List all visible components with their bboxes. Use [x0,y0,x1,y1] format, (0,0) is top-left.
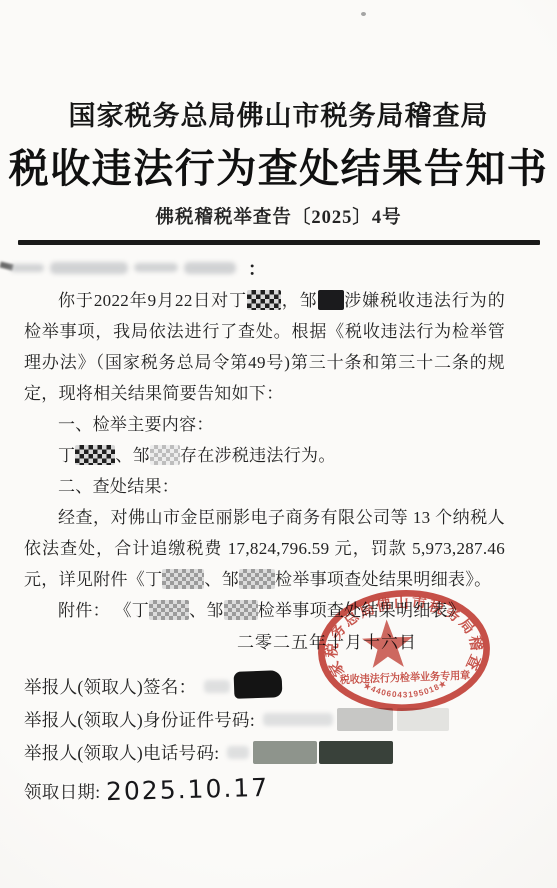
section1-content: 丁、邹存在涉税违法行为。 [24,440,505,471]
redaction-block [149,600,189,620]
redaction-block [247,290,281,310]
redacted-addressee-blur [50,262,128,274]
paragraph-intro: 你于2022年9月22日对丁，邹涉嫌税收违法行为的检举事项，我局依法进行了查处。… [24,285,505,409]
seal-purpose-text: 税收违法行为检举业务专用章 [339,669,471,687]
redaction-ghost [227,746,249,759]
signer-id-label: 举报人(领取人)身份证件号码: [24,710,255,730]
receive-date-row: 领取日期: 2025.10.17 [0,775,557,804]
redacted-addressee-blur [184,262,236,274]
header-divider [18,240,540,245]
section2-heading: 二、查处结果： [24,471,505,502]
seal-star-icon [361,619,413,669]
document-header: 国家税务总局佛山市税务局稽查局 税收违法行为查处结果告知书 佛税稽税举查告〔20… [0,0,557,245]
redacted-phone-number [319,741,393,764]
redaction-block [162,569,204,589]
issuing-authority: 国家税务总局佛山市税务局稽查局 [0,100,557,132]
redaction-block [224,600,258,620]
official-seal-stamp: 国家税务总局佛山市税务局稽查局 税收违法行为检举业务专用章 ★440604319… [300,575,509,725]
redacted-signature [234,670,283,699]
redacted-phone-number [253,741,317,764]
redaction-block [75,445,115,465]
document-photo: 国家税务总局佛山市税务局稽查局 税收违法行为查处结果告知书 佛税稽税举查告〔20… [0,0,557,888]
receive-date-label: 领取日期: [24,779,100,804]
redacted-addressee-blur [10,264,44,272]
redacted-addressee-blur [134,263,178,272]
paper-speck [361,12,366,16]
signer-phone-row: 举报人(领取人)电话号码: [24,737,557,770]
handwritten-receive-date: 2025.10.17 [106,772,270,805]
redaction-block [318,290,344,310]
redaction-block [150,445,180,465]
addressee-colon: ： [248,255,266,281]
signer-name-label: 举报人(领取人)签名： [24,677,196,697]
section1-heading: 一、检举主要内容： [24,409,505,440]
redaction-ghost [204,680,230,693]
redaction-block [239,569,275,589]
signer-phone-label: 举报人(领取人)电话号码: [24,743,219,763]
addressee-line: ： [0,253,557,283]
document-title: 税收违法行为查处结果告知书 [0,145,557,192]
document-number: 佛税稽税举查告〔2025〕4号 [0,207,557,230]
